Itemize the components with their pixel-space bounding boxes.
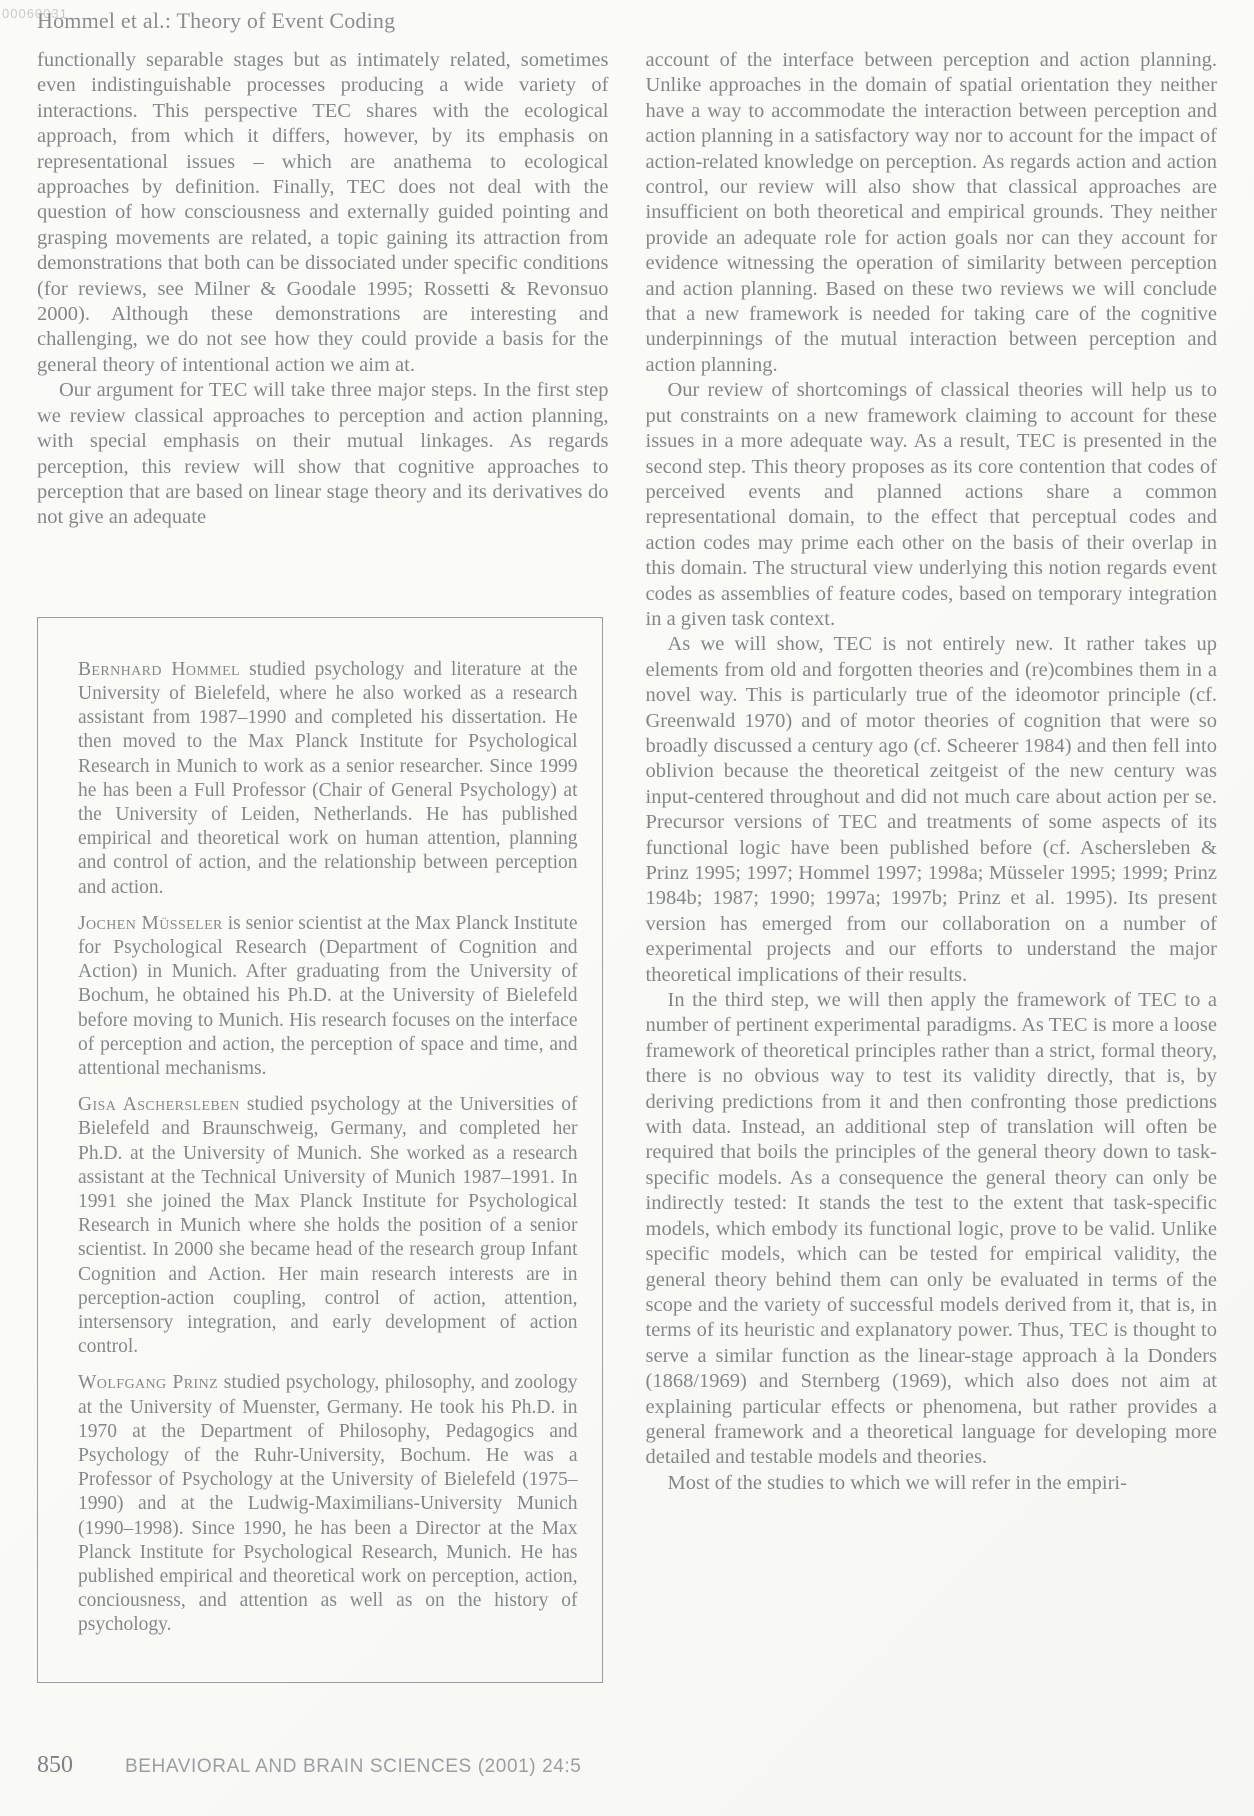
paragraph: As we will show, TEC is not entirely new… <box>646 632 1218 988</box>
paragraph: Our argument for TEC will take three maj… <box>37 378 609 530</box>
bio-entry: Gisa Aschersleben studied psychology at … <box>78 1093 578 1359</box>
bio-author-name: Wolfgang Prinz <box>78 1372 218 1393</box>
bio-text: studied psychology at the Universities o… <box>78 1094 578 1357</box>
running-head: Hommel et al.: Theory of Event Coding <box>37 8 395 34</box>
bio-author-name: Bernhard Hommel <box>78 659 240 680</box>
paragraph: Our review of shortcomings of classical … <box>646 378 1218 632</box>
journal-citation: BEHAVIORAL AND BRAIN SCIENCES (2001) 24:… <box>125 1756 581 1778</box>
paragraph: Most of the studies to which we will ref… <box>646 1471 1218 1496</box>
paragraph: In the third step, we will then apply th… <box>646 988 1218 1471</box>
page-footer: 850 BEHAVIORAL AND BRAIN SCIENCES (2001)… <box>37 1752 1217 1779</box>
two-column-layout: functionally separable stages but as int… <box>37 48 1217 1683</box>
author-biographies-box: Bernhard Hommel studied psychology and l… <box>37 617 603 1683</box>
bio-entry: Jochen Müsseler is senior scientist at t… <box>78 912 578 1081</box>
journal-page: 00060031 Hommel et al.: Theory of Event … <box>0 0 1254 1816</box>
paragraph: functionally separable stages but as int… <box>37 48 609 378</box>
bio-author-name: Jochen Müsseler <box>78 913 223 934</box>
left-column: functionally separable stages but as int… <box>37 48 609 1683</box>
bio-entry: Bernhard Hommel studied psychology and l… <box>78 658 578 900</box>
bio-text: studied psychology, philosophy, and zool… <box>78 1372 578 1635</box>
right-column: account of the interface between percept… <box>646 48 1218 1683</box>
bio-author-name: Gisa Aschersleben <box>78 1094 240 1115</box>
bio-text: is senior scientist at the Max Planck In… <box>78 913 578 1079</box>
bio-text: studied psychology and literature at the… <box>78 659 578 898</box>
paragraph: account of the interface between percept… <box>646 48 1218 378</box>
bio-entry: Wolfgang Prinz studied psychology, philo… <box>78 1371 578 1637</box>
page-number: 850 <box>37 1752 73 1779</box>
